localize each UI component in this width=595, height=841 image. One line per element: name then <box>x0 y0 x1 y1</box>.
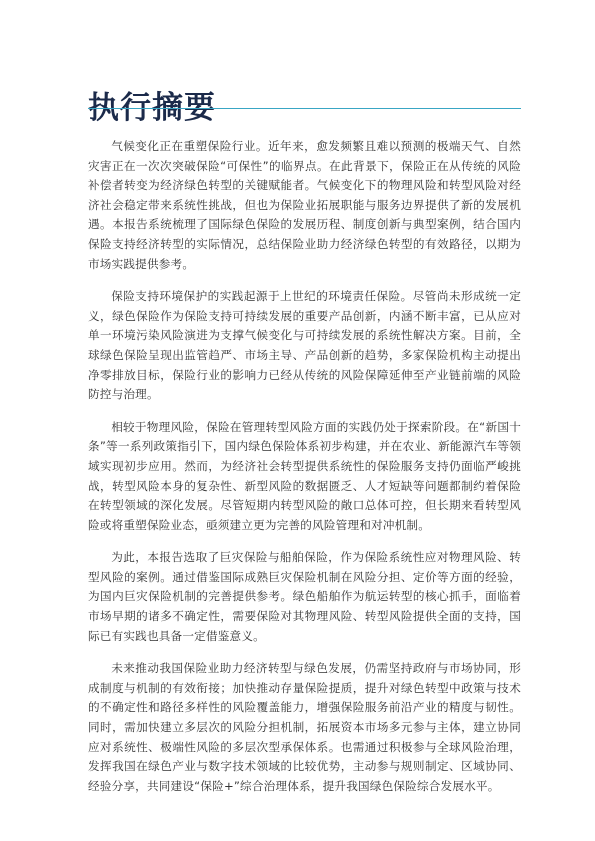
paragraph-green-insurance-origin: 保险支持环境保护的实践起源于上世纪的环境责任保险。尽管尚未形成统一定义，绿色保险… <box>88 287 521 405</box>
paragraph-case-studies: 为此，本报告选取了巨灾保险与船舶保险，作为保险系统性应对物理风险、转型风险的案例… <box>88 548 521 646</box>
paragraph-intro: 气候变化正在重塑保险行业。近年来，愈发频繁且难以预测的极端天气、自然灾害正在一次… <box>88 137 521 274</box>
paragraph-transition-risk: 相较于物理风险，保险在管理转型风险方面的实践仍处于探索阶段。在“新国十条”等一系… <box>88 418 521 536</box>
title-divider <box>88 108 521 109</box>
summary-body: 气候变化正在重塑保险行业。近年来，愈发频繁且难以预测的极端天气、自然灾害正在一次… <box>88 137 521 809</box>
paragraph-recommendations: 未来推动我国保险业助力经济转型与绿色发展，仍需坚持政府与市场协同，形成制度与机制… <box>88 659 521 796</box>
